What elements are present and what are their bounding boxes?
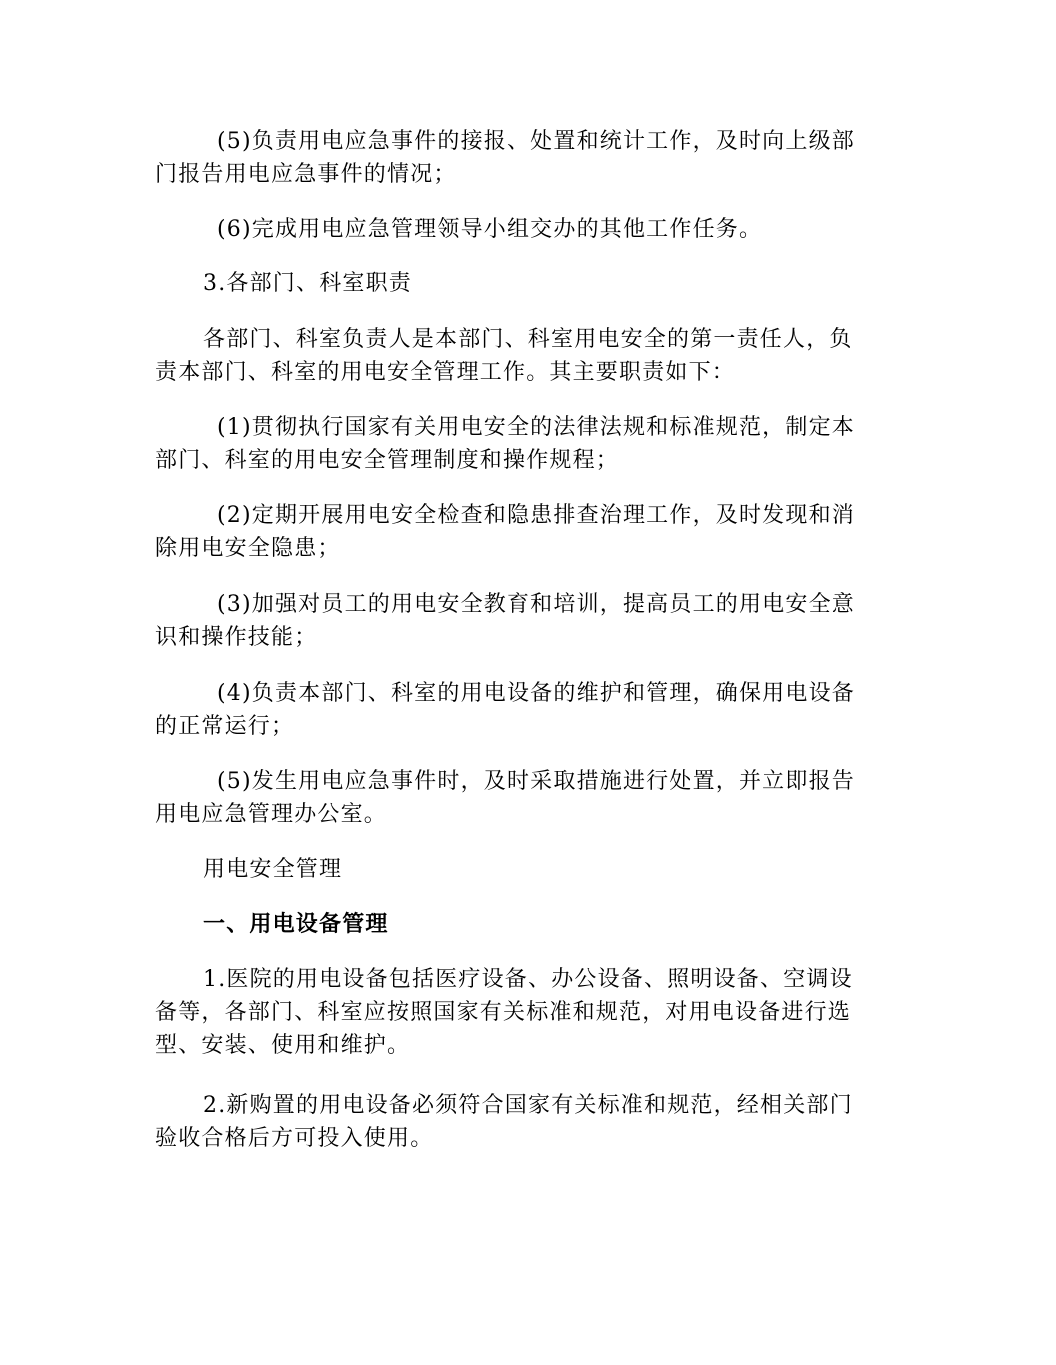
text-line: 各部门、科室负责人是本部门、科室用电安全的第一责任人，负 <box>155 323 895 356</box>
text-line: (2)定期开展用电安全检查和隐患排查治理工作，及时发现和消 <box>155 499 895 532</box>
text-line: 备等，各部门、科室应按照国家有关标准和规范，对用电设备进行选 <box>155 996 895 1029</box>
text-line: 用电应急管理办公室。 <box>155 798 895 831</box>
text-line: 验收合格后方可投入使用。 <box>155 1122 895 1155</box>
paragraph-dept-duty-3: (3)加强对员工的用电安全教育和培训，提高员工的用电安全意 识和操作技能； <box>155 588 895 654</box>
section-title-electrical-safety: 用电安全管理 <box>155 853 895 886</box>
text-line: (3)加强对员工的用电安全教育和培训，提高员工的用电安全意 <box>155 588 895 621</box>
text-line: (4)负责本部门、科室的用电设备的维护和管理，确保用电设备 <box>155 677 895 710</box>
paragraph-equipment-1: 1.医院的用电设备包括医疗设备、办公设备、照明设备、空调设 备等，各部门、科室应… <box>155 963 895 1062</box>
text-line: 用电安全管理 <box>155 853 895 886</box>
paragraph-duty-5: (5)负责用电应急事件的接报、处置和统计工作，及时向上级部 门报告用电应急事件的… <box>155 125 895 191</box>
text-line: (1)贯彻执行国家有关用电安全的法律法规和标准规范，制定本 <box>155 411 895 444</box>
text-line: 1.医院的用电设备包括医疗设备、办公设备、照明设备、空调设 <box>155 963 895 996</box>
text-line: 部门、科室的用电安全管理制度和操作规程； <box>155 444 895 477</box>
text-line: 门报告用电应急事件的情况； <box>155 158 895 191</box>
paragraph-dept-duty-1: (1)贯彻执行国家有关用电安全的法律法规和标准规范，制定本 部门、科室的用电安全… <box>155 411 895 477</box>
paragraph-duty-6: (6)完成用电应急管理领导小组交办的其他工作任务。 <box>155 213 895 246</box>
text-line: (6)完成用电应急管理领导小组交办的其他工作任务。 <box>155 213 895 246</box>
text-line: 识和操作技能； <box>155 621 895 654</box>
text-line: 责本部门、科室的用电安全管理工作。其主要职责如下： <box>155 356 895 389</box>
text-line: (5)发生用电应急事件时，及时采取措施进行处置，并立即报告 <box>155 765 895 798</box>
text-line: (5)负责用电应急事件的接报、处置和统计工作，及时向上级部 <box>155 125 895 158</box>
text-line: 一、用电设备管理 <box>155 908 895 941</box>
paragraph-dept-duty-2: (2)定期开展用电安全检查和隐患排查治理工作，及时发现和消 除用电安全隐患； <box>155 499 895 565</box>
text-line: 2.新购置的用电设备必须符合国家有关标准和规范，经相关部门 <box>155 1089 895 1122</box>
paragraph-department-intro: 各部门、科室负责人是本部门、科室用电安全的第一责任人，负 责本部门、科室的用电安… <box>155 323 895 389</box>
paragraph-equipment-2: 2.新购置的用电设备必须符合国家有关标准和规范，经相关部门 验收合格后方可投入使… <box>155 1089 895 1155</box>
text-line: 型、安装、使用和维护。 <box>155 1029 895 1062</box>
section-heading-department-duties: 3.各部门、科室职责 <box>155 267 895 300</box>
text-line: 3.各部门、科室职责 <box>155 267 895 300</box>
text-line: 的正常运行； <box>155 710 895 743</box>
document-page: (5)负责用电应急事件的接报、处置和统计工作，及时向上级部 门报告用电应急事件的… <box>0 0 1056 1365</box>
heading-equipment-management: 一、用电设备管理 <box>155 908 895 941</box>
paragraph-dept-duty-4: (4)负责本部门、科室的用电设备的维护和管理，确保用电设备 的正常运行； <box>155 677 895 743</box>
paragraph-dept-duty-5: (5)发生用电应急事件时，及时采取措施进行处置，并立即报告 用电应急管理办公室。 <box>155 765 895 831</box>
text-line: 除用电安全隐患； <box>155 532 895 565</box>
